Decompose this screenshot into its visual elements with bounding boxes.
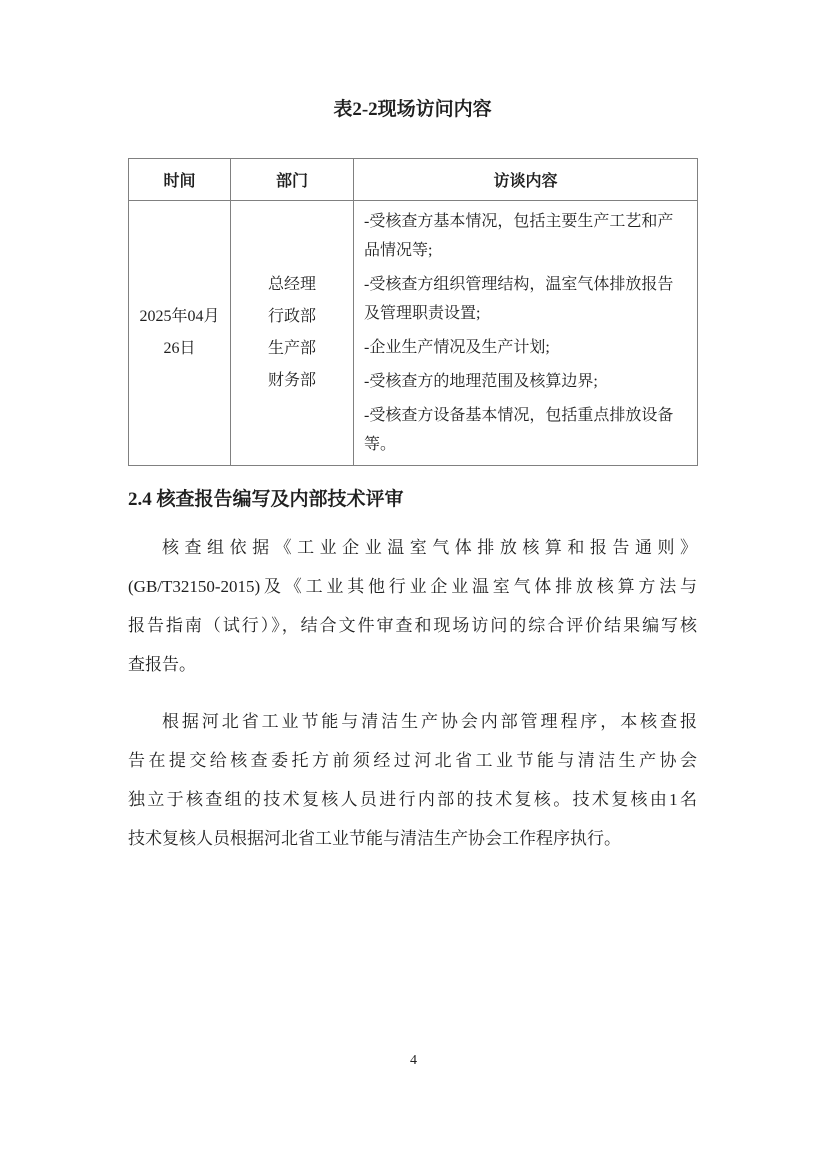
table-header-row: 时间 部门 访谈内容 (129, 159, 698, 201)
interview-item: -受核查方的地理范围及核算边界; (364, 367, 688, 396)
paragraph-line: 核查组依据《工业企业温室气体排放核算和报告通则》 (128, 528, 697, 567)
table-caption: 表2-2现场访问内容 (128, 97, 697, 123)
paragraph: 根据河北省工业节能与清洁生产协会内部管理程序，本核查报 告在提交给核查委托方前须… (128, 702, 697, 858)
interview-item: -受核查方设备基本情况，包括重点排放设备等。 (364, 401, 688, 459)
site-visit-table: 时间 部门 访谈内容 2025年04月 26日 总经理 行政部 生产部 财务部 (128, 158, 698, 466)
department-item: 总经理 (231, 269, 353, 301)
page-content: 表2-2现场访问内容 时间 部门 访谈内容 2025年04月 26日 (128, 0, 697, 858)
page-number: 4 (0, 1053, 827, 1069)
table-row: 2025年04月 26日 总经理 行政部 生产部 财务部 -受核查方基本情况，包… (129, 201, 698, 466)
time-cell: 2025年04月 26日 (129, 201, 231, 466)
column-header-time: 时间 (129, 159, 231, 201)
interview-item: -企业生产情况及生产计划; (364, 333, 688, 362)
column-header-interview-content: 访谈内容 (354, 159, 698, 201)
section-heading: 2.4 核查报告编写及内部技术评审 (128, 487, 697, 513)
paragraph-line: (GB/T32150-2015)及《工业其他行业企业温室气体排放核算方法与 (128, 567, 697, 606)
interview-item: -受核查方组织管理结构，温室气体排放报告及管理职责设置; (364, 270, 688, 328)
interview-content-cell: -受核查方基本情况，包括主要生产工艺和产品情况等; -受核查方组织管理结构，温室… (354, 201, 698, 466)
paragraph-line: 技术复核人员根据河北省工业节能与清洁生产协会工作程序执行。 (128, 819, 697, 858)
paragraph-line: 根据河北省工业节能与清洁生产协会内部管理程序，本核查报 (128, 702, 697, 741)
time-line-2: 26日 (129, 333, 230, 365)
time-line-1: 2025年04月 (129, 301, 230, 333)
department-item: 生产部 (231, 333, 353, 365)
column-header-department: 部门 (231, 159, 354, 201)
paragraph-line: 告在提交给核查委托方前须经过河北省工业节能与清洁生产协会 (128, 741, 697, 780)
department-item: 行政部 (231, 301, 353, 333)
paragraph-line: 报告指南（试行）》，结合文件审查和现场访问的综合评价结果编写核 (128, 606, 697, 645)
department-cell: 总经理 行政部 生产部 财务部 (231, 201, 354, 466)
interview-item: -受核查方基本情况，包括主要生产工艺和产品情况等; (364, 207, 688, 265)
department-item: 财务部 (231, 365, 353, 397)
document-page: 表2-2现场访问内容 时间 部门 访谈内容 2025年04月 26日 (0, 0, 827, 1169)
paragraph-line: 独立于核查组的技术复核人员进行内部的技术复核。技术复核由1名 (128, 780, 697, 819)
paragraph-line: 查报告。 (128, 645, 697, 684)
paragraph: 核查组依据《工业企业温室气体排放核算和报告通则》 (GB/T32150-2015… (128, 528, 697, 684)
